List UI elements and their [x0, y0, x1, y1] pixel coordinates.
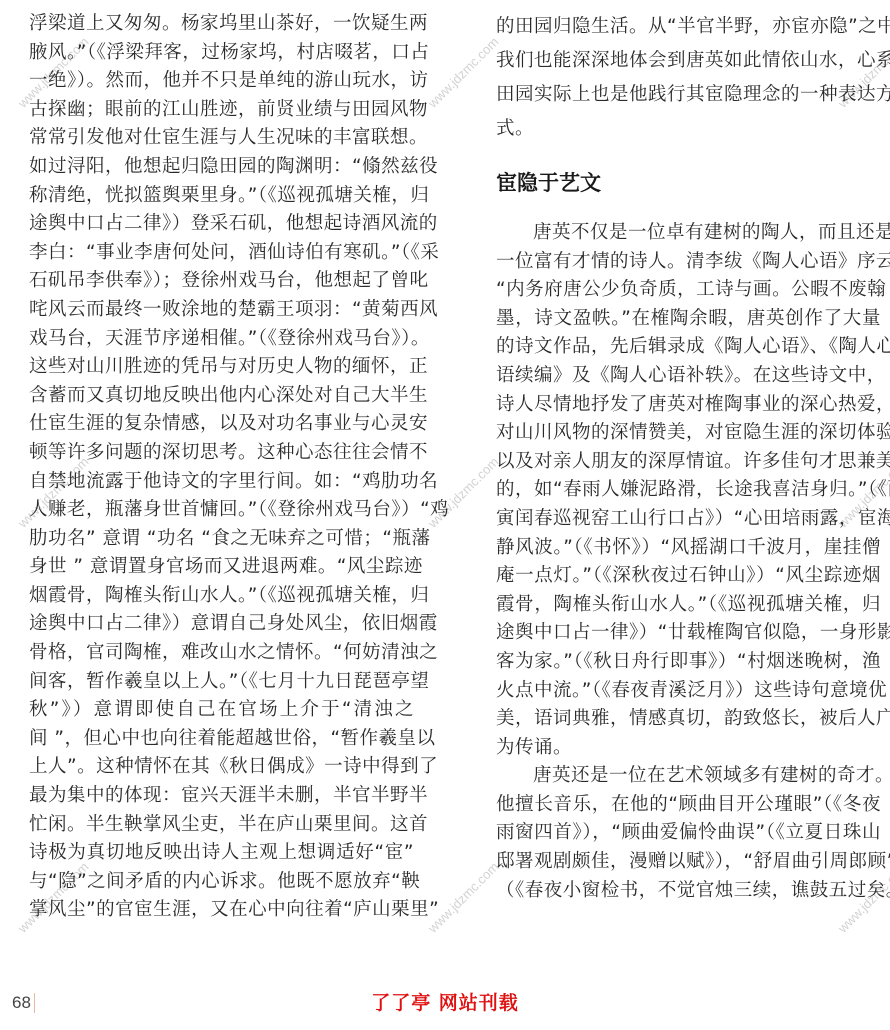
- watermark: www.jdzmc.com: [425, 859, 502, 936]
- text-line: 自禁地流露于他诗文的字里行间。如：“鸡肋功名: [29, 468, 414, 497]
- text-line: 为传诵。: [496, 734, 881, 763]
- text-line: 含蓄而又真切地反映出他内心深处对自己大半生: [29, 382, 414, 411]
- text-line: 一绝》）。然而，他并不只是单纯的游山玩水，访: [29, 67, 414, 96]
- text-line: 诗人尽情地抒发了唐英对榷陶事业的深心热爱，: [496, 391, 881, 420]
- text-line: 石矶吊李供奉》）；登徐州戏马台，他想起了曾叱: [29, 267, 414, 296]
- text-line: 的田园归隐生活。从“半官半野，亦宦亦隐”之中，: [496, 10, 881, 44]
- text-line: “内务府唐公少负奇质，工诗与画。公暇不废翰: [496, 276, 881, 305]
- text-line: 田园实际上也是他践行其宦隐理念的一种表达方: [496, 78, 881, 112]
- text-line: 常常引发他对仕宦生涯与人生况味的丰富联想。: [29, 124, 414, 153]
- text-line: 途舆中口占二律》）意谓自己身处风尘，依旧烟霞: [29, 610, 414, 639]
- text-line: 语续编》及《陶人心语补轶》。在这些诗文中，: [496, 362, 881, 391]
- text-line: （《春夜小窗检书，不觉官烛三续，谯鼓五过矣。: [496, 877, 881, 906]
- text-line: 浮梁道上又匆匆。杨家坞里山茶好，一饮疑生两: [29, 10, 414, 39]
- text-line: 途舆中口占一律》）“廿载榷陶官似隐，一身形影: [496, 619, 881, 648]
- text-line: 李白：“事业李唐何处问，酒仙诗伯有寒矶。”（《采: [29, 239, 414, 268]
- text-line: 火点中流。”（《春夜青溪泛月》）这些诗句意境优: [496, 677, 881, 706]
- text-line: 称清绝，恍拟篮舆栗里身。”（《巡视孤塘关榷，归: [29, 182, 414, 211]
- text-line: 腋风。”（《浮梁拜客，过杨家坞，村店啜茗，口占: [29, 39, 414, 68]
- text-line: 霞骨，陶榷头衔山水人。”（《巡视孤塘关榷，归: [496, 591, 881, 620]
- text-line: 身世 ” 意谓置身官场而又进退两难。“风尘踪迹: [29, 553, 414, 582]
- text-line: 烟霞骨，陶榷头衔山水人。”（《巡视孤塘关榷，归: [29, 582, 414, 611]
- text-line: 一位富有才情的诗人。清李绂《陶人心语》序云：: [496, 248, 881, 277]
- text-line: 庵一点灯。”（《深秋夜过石钟山》）“风尘踪迹烟: [496, 562, 881, 591]
- text-line: 唐英还是一位在艺术领域多有建树的奇才。: [496, 762, 881, 791]
- text-line: 诗极为真切地反映出诗人主观上想调适好“宦”: [29, 839, 414, 868]
- text-line: 唐英不仅是一位卓有建树的陶人，而且还是: [496, 219, 881, 248]
- text-line: 我们也能深深地体会到唐英如此情依山水，心系: [496, 44, 881, 78]
- left-column: 浮梁道上又匆匆。杨家坞里山茶好，一饮疑生两 腋风。”（《浮梁拜客，过杨家坞，村店…: [29, 10, 414, 925]
- text-line: 上人”。这种情怀在其《秋日偶成》一诗中得到了: [29, 753, 414, 782]
- text-line: 古探幽；眼前的江山胜迹，前贤业绩与田园风物: [29, 96, 414, 125]
- publisher-credit: 了了亭 网站刊载: [0, 988, 890, 1015]
- text-line: 间客，暂作羲皇以上人。”（《七月十九日琵琶亭望: [29, 668, 414, 697]
- section-heading: 宦隐于艺文: [496, 161, 881, 205]
- watermark: www.jdzmc.com: [425, 34, 502, 111]
- text-line: 静风波。”（《书怀》）“风摇湖口千波月，崖挂僧: [496, 534, 881, 563]
- text-line: 墨，诗文盈帙。”在榷陶余暇，唐英创作了大量: [496, 305, 881, 334]
- text-line: 忙闲。半生鞅掌风尘吏，半在庐山栗里间。这首: [29, 811, 414, 840]
- text-line: 这些对山川胜迹的凭吊与对历史人物的缅怀，正: [29, 353, 414, 382]
- text-line: 客为家。”（《秋日舟行即事》）“村烟迷晚树，渔: [496, 648, 881, 677]
- text-line: 人赚老，瓶藩身世首慵回。”（《登徐州戏马台》）“鸡: [29, 496, 414, 525]
- text-line: 秋”》）意谓即使自己在官场上介于“清浊之: [29, 696, 414, 725]
- text-line: 掌风尘”的官宦生涯，又在心中向往着“庐山栗里”: [29, 896, 414, 925]
- text-line: 式。: [496, 112, 881, 146]
- text-line: 顿等许多问题的深切思考。这种心态往往会情不: [29, 439, 414, 468]
- text-line: 的诗文作品，先后辑录成《陶人心语》、《陶人心: [496, 333, 881, 362]
- text-line: 美，语词典雅，情感真切，韵致悠长，被后人广: [496, 705, 881, 734]
- text-line: 仕宦生涯的复杂情感，以及对功名事业与心灵安: [29, 410, 414, 439]
- text-line: 途舆中口占二律》）登采石矶，他想起诗酒风流的: [29, 210, 414, 239]
- text-line: 与“隐”之间矛盾的内心诉求。他既不愿放弃“鞅: [29, 868, 414, 897]
- text-line: 对山川风物的深情赞美，对宦隐生涯的深切体验: [496, 419, 881, 448]
- text-line: 的，如“春雨人嫌泥路滑，长途我喜洁身归。”（《丙: [496, 476, 881, 505]
- text-line: 戏马台，天涯节序递相催。”（《登徐州戏马台》）。: [29, 325, 414, 354]
- text-line: 间 ”，但心中也向往着能超越世俗，“暂作羲皇以: [29, 725, 414, 754]
- text-line: 他擅长音乐，在他的“顾曲目开公瑾眼”（《冬夜: [496, 791, 881, 820]
- text-line: 如过浔阳，他想起归隐田园的陶渊明：“翛然兹役: [29, 153, 414, 182]
- text-line: 咤风云而最终一败涂地的楚霸王项羽：“黄菊西风: [29, 296, 414, 325]
- text-line: 以及对亲人朋友的深厚情谊。许多佳句才思兼美: [496, 448, 881, 477]
- text-line: 雨窗四首》），“顾曲爱偏怜曲误”（《立夏日珠山: [496, 819, 881, 848]
- text-line: 寅闰春巡视窑工山行口占》）“心田培雨露，宦海: [496, 505, 881, 534]
- text-line: 邸署观剧颇佳，漫赠以赋》），“舒眉曲引周郎顾”: [496, 848, 881, 877]
- text-line: 肋功名” 意谓 “功名 “食之无味弃之可惜；“瓶藩: [29, 525, 414, 554]
- right-column: 的田园归隐生活。从“半官半野，亦宦亦隐”之中， 我们也能深深地体会到唐英如此情依…: [496, 10, 881, 905]
- text-line: 最为集中的体现：宦兴天涯半未删，半官半野半: [29, 782, 414, 811]
- text-line: 骨格，官司陶榷，难改山水之情怀。“何妨清浊之: [29, 639, 414, 668]
